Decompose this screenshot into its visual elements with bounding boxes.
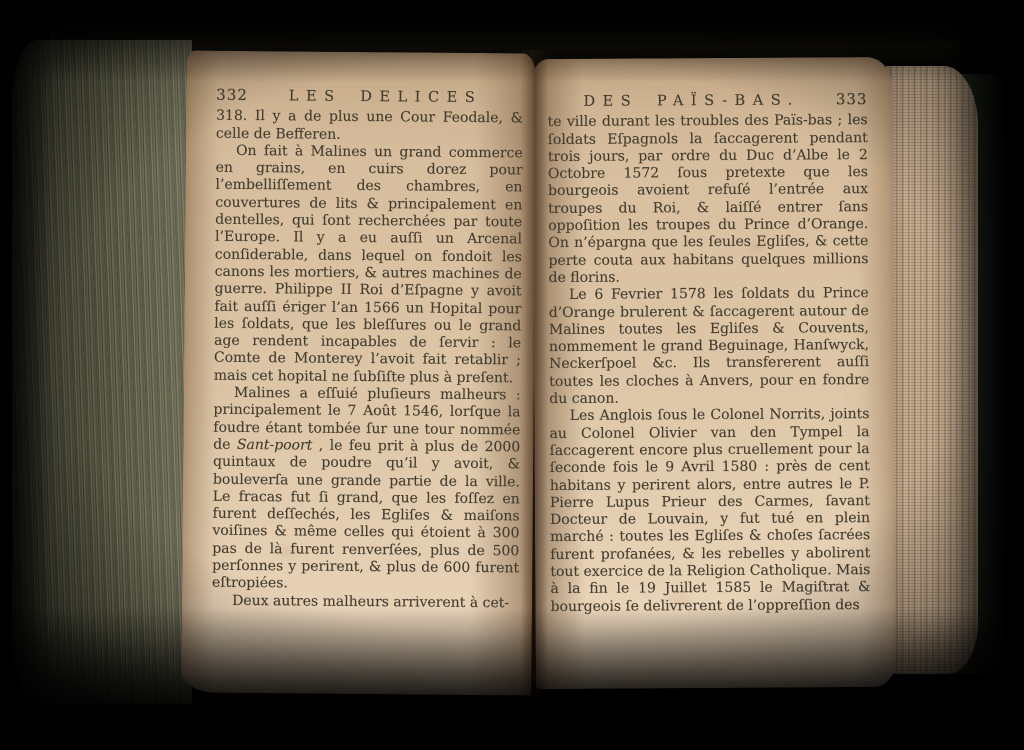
book-gutter-shadow [520,50,548,696]
right-page-number: 333 [836,91,868,108]
left-running-title: LES DELICES [248,88,523,108]
right-page-text: DES PAÏS-BAS. 333 te ville durant les tr… [547,91,870,616]
book-photo: 332 LES DELICES 318. Il y a de plus une … [0,0,1024,750]
right-running-title: DES PAÏS-BAS. [547,92,835,111]
paragraph: Les Anglois ſous le Colonel Norrits, joi… [549,406,870,616]
paragraph-segment: , le feu prit à plus de 2000 quintaux de… [212,437,520,591]
right-page-header: DES PAÏS-BAS. 333 [547,91,867,111]
left-page-header: 332 LES DELICES [216,87,523,108]
paragraph: Le 6 Fevrier 1578 les ſoldats du Prince … [549,285,870,408]
paragraph: Malines a eſſuié pluſieurs malheurs : pr… [212,385,521,595]
paragraph: te ville durant les troubles des Païs-ba… [548,112,869,287]
paragraph: Deux autres malheurs arriverent à cet- [212,592,519,612]
left-fore-edge-page-stack [12,40,192,704]
paragraph: 318. Il y a de plus une Cour Feodale, & … [216,108,523,145]
right-fore-edge-page-stack [886,66,978,674]
left-page-text: 332 LES DELICES 318. Il y a de plus une … [212,87,524,613]
paragraph: On fait à Malines un grand commerce en g… [214,143,523,388]
left-page-number: 332 [216,87,248,105]
italic-place-name: Sant-poort [237,437,313,454]
